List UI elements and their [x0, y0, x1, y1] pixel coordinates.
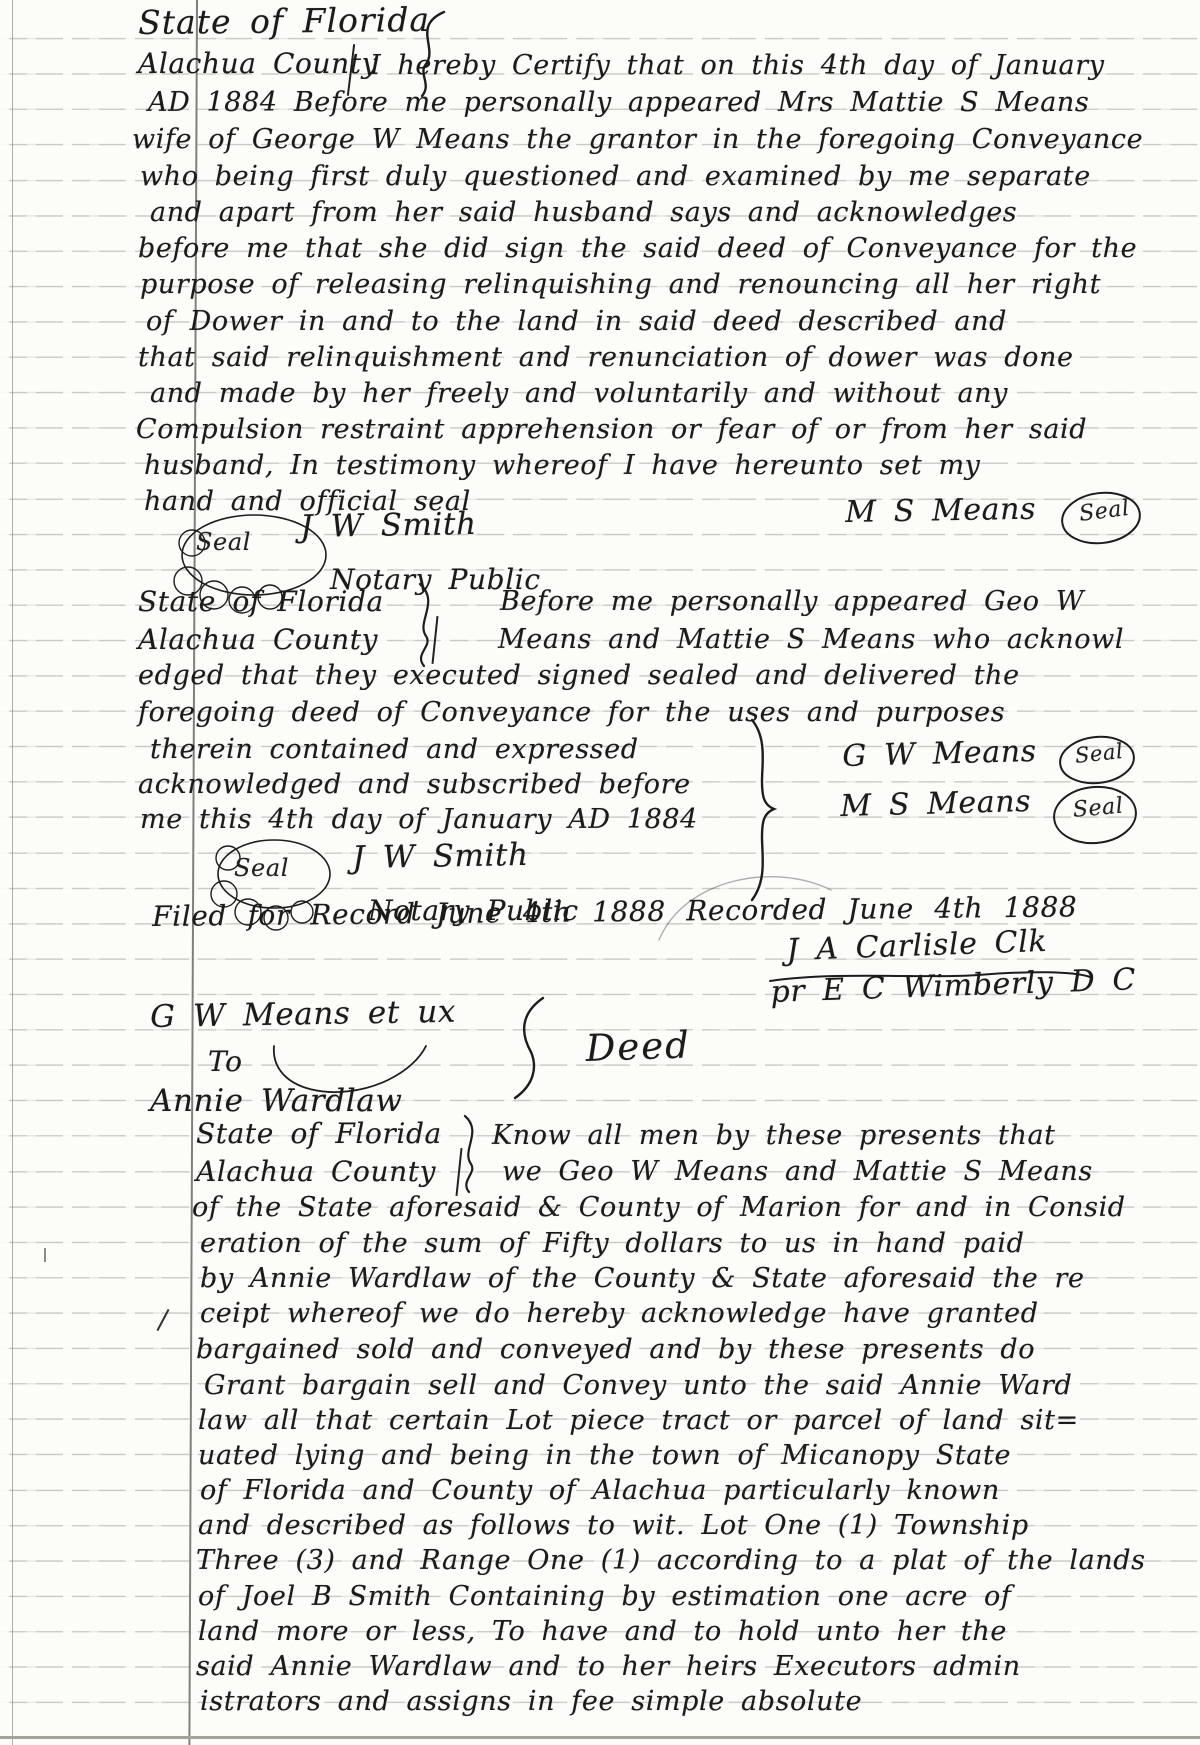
grantor-signature: M S Means: [845, 495, 1036, 528]
caption-grantee: Annie Wardlaw: [150, 1086, 402, 1117]
body-line: Three (3) and Range One (1) according to…: [196, 1547, 1146, 1574]
body-line: AD 1884 Before me personally appeared Mr…: [148, 89, 1089, 116]
body-line: wife of George W Means the grantor in th…: [132, 126, 1143, 153]
body-line: of Dower in and to the land in said deed…: [146, 308, 1007, 335]
notary-signature: J W Smith: [352, 840, 529, 874]
body-line: law all that certain Lot piece tract or …: [198, 1407, 1079, 1434]
body-line: of the State aforesaid & County of Mario…: [192, 1194, 1126, 1221]
caption-grantor: G W Means et ux: [150, 997, 456, 1033]
body-line: foregoing deed of Conveyance for the use…: [138, 699, 1005, 726]
body-line: by Annie Wardlaw of the County & State a…: [200, 1265, 1085, 1292]
county-heading: Alachua County: [138, 50, 378, 78]
body-line: ceipt whereof we do hereby acknowledge h…: [200, 1300, 1039, 1327]
body-line: istrators and assigns in fee simple abso…: [200, 1688, 862, 1715]
clerk-signature: J A Carlisle Clk: [786, 927, 1048, 966]
county-heading: Alachua County: [196, 1158, 436, 1186]
grantor-signature: G W Means: [842, 737, 1037, 772]
body-line: therein contained and expressed: [150, 736, 639, 763]
body-line: and described as follows to wit. Lot One…: [198, 1512, 1029, 1539]
signature-seal-label: Seal: [1078, 498, 1131, 526]
notary-signature: J W Smith: [300, 509, 477, 543]
body-line: bargained sold and conveyed and by these…: [196, 1336, 1035, 1363]
caption-brace-icon: [505, 996, 555, 1100]
bottom-scan-edge: [0, 1736, 1200, 1739]
body-line: Before me personally appeared Geo W: [500, 588, 1084, 615]
body-line: land more or less, To have and to hold u…: [198, 1618, 1007, 1645]
body-line: and apart from her said husband says and…: [150, 199, 1017, 226]
body-line: husband, In testimony whereof I have her…: [144, 452, 981, 479]
body-line: of Joel B Smith Containing by estimation…: [198, 1583, 1011, 1610]
left-edge-line: [12, 0, 13, 1745]
instrument-type: Deed: [585, 1026, 691, 1067]
body-line: and made by her freely and voluntarily a…: [150, 380, 1008, 407]
state-heading: State of Florida: [196, 1120, 442, 1148]
body-line: Know all men by these presents that: [492, 1122, 1056, 1149]
body-line: edged that they executed signed sealed a…: [138, 662, 1020, 689]
body-line: acknowledged and subscribed before: [138, 771, 691, 798]
margin-tick-mark: [44, 1248, 46, 1262]
body-line: purpose of releasing relinquishing and r…: [140, 271, 1101, 298]
state-heading: State of Florida: [138, 3, 430, 39]
state-brace-icon: [447, 1114, 489, 1194]
body-line: we Geo W Means and Mattie S Means: [502, 1158, 1093, 1185]
state-heading: State of Florida: [138, 588, 384, 616]
body-line: eration of the sum of Fifty dollars to u…: [200, 1230, 1024, 1257]
body-line: Compulsion restraint apprehension or fea…: [136, 416, 1087, 443]
county-heading: Alachua County: [138, 626, 378, 654]
signature-seal-label: Seal: [1074, 741, 1124, 767]
body-line: said Annie Wardlaw and to her heirs Exec…: [196, 1653, 1021, 1680]
signature-seal-label: Seal: [1072, 796, 1124, 822]
notary-seal-label: Seal: [234, 856, 289, 880]
body-line: before me that she did sign the said dee…: [138, 235, 1137, 262]
grantor-signature: M S Means: [840, 787, 1032, 822]
body-line: Grant bargain sell and Convey unto the s…: [204, 1372, 1072, 1399]
notary-seal-label: Seal: [196, 530, 251, 554]
body-line: of Florida and County of Alachua particu…: [200, 1477, 1000, 1504]
body-line: uated lying and being in the town of Mic…: [198, 1442, 1011, 1469]
body-line: I hereby Certify that on this 4th day of…: [370, 52, 1105, 79]
body-line: that said relinquishment and renunciatio…: [138, 344, 1074, 371]
state-brace-icon: [400, 582, 446, 668]
body-line: who being first duly questioned and exam…: [140, 163, 1091, 190]
caption-to: To: [208, 1048, 243, 1076]
deed-record-page: State of Florida Alachua County I hereby…: [0, 0, 1200, 1745]
body-line: Means and Mattie S Means who acknowl: [498, 626, 1124, 653]
